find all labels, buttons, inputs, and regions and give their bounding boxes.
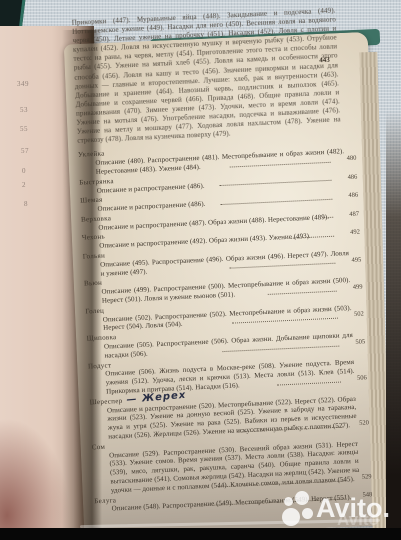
- avito-logo-dot: [284, 497, 293, 506]
- table-of-contents: 443 Прикормки (447). Муравьиные яйца (44…: [72, 6, 362, 530]
- facing-page-number: 55: [20, 125, 28, 133]
- facing-page-number: 2: [22, 181, 26, 189]
- avito-logo-dot: [282, 508, 300, 526]
- chapter-page-number: 495: [351, 256, 361, 265]
- chapter-page-number: 480: [347, 154, 357, 163]
- toc-entries: Уклейка 480 Описание (480). Распростране…: [78, 138, 361, 514]
- facing-page-number: 8: [24, 200, 28, 208]
- avito-logo-dot: [295, 491, 309, 505]
- chapter-page-number: 499: [353, 284, 363, 293]
- chapter-page-number: 505: [355, 338, 365, 347]
- photo-edge-shadow: [386, 110, 401, 540]
- chapter-page-number: 492: [350, 229, 360, 238]
- avito-watermark-text: Avito.: [316, 493, 390, 524]
- avito-logo-dot: [302, 508, 313, 519]
- chapter-page-number: 520: [359, 419, 369, 428]
- avito-watermark: Avito Avito.: [282, 485, 401, 537]
- facing-page-number: 57: [21, 147, 29, 155]
- chapter-page-number: 487: [349, 210, 359, 219]
- chapter-page-number: 502: [354, 311, 364, 320]
- chapter-page-number: 529: [362, 473, 372, 482]
- chapter-page-number: 486: [348, 192, 358, 201]
- toc-continuation-paragraph: Прикормки (447). Муравьиные яйца (448). …: [72, 6, 342, 146]
- facing-page-number: 53: [20, 106, 28, 114]
- chapter-page-number: 486: [347, 173, 357, 182]
- facing-page-shadow: [0, 418, 70, 540]
- facing-page-number: 349: [17, 80, 29, 88]
- chapter-page-number: 506: [357, 374, 367, 383]
- facing-page-number: 0: [22, 167, 26, 175]
